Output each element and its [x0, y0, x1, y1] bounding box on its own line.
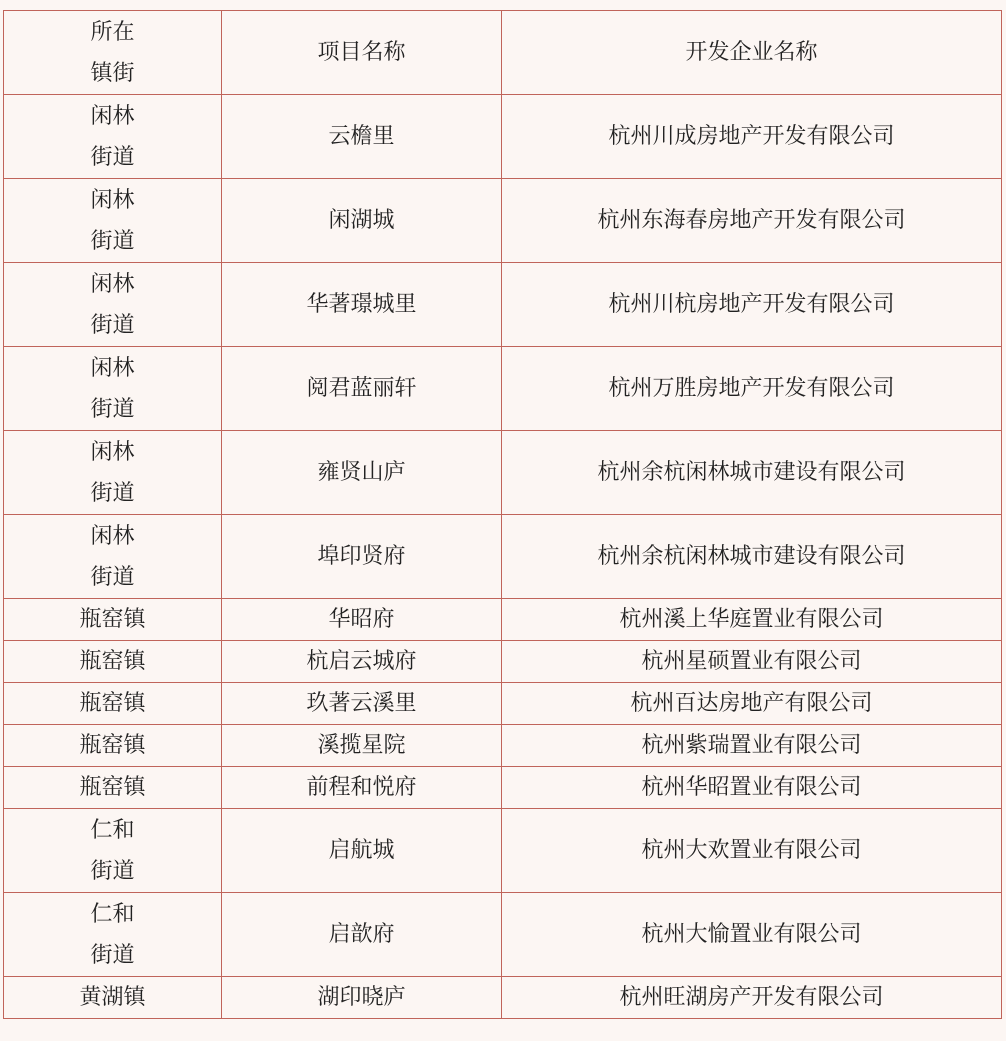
table-row: 闲林街道 雍贤山庐 杭州余杭闲林城市建设有限公司: [4, 431, 1002, 515]
project-developer-table: 所在镇街 项目名称 开发企业名称 闲林街道 云檐里 杭州川成房地产开发有限公司 …: [3, 10, 1002, 1019]
cell-project: 启航城: [222, 809, 502, 893]
cell-town-label: 闲林街道: [88, 432, 136, 514]
header-project: 项目名称: [222, 11, 502, 95]
cell-town: 仁和街道: [4, 893, 222, 977]
cell-town-label: 闲林街道: [88, 180, 136, 262]
cell-town: 仁和街道: [4, 809, 222, 893]
cell-town: 闲林街道: [4, 515, 222, 599]
cell-project: 前程和悦府: [222, 767, 502, 809]
header-town: 所在镇街: [4, 11, 222, 95]
cell-town: 黄湖镇: [4, 977, 222, 1019]
table-row: 瓶窑镇 杭启云城府 杭州星硕置业有限公司: [4, 641, 1002, 683]
cell-town-label: 闲林街道: [88, 516, 136, 598]
cell-developer: 杭州川成房地产开发有限公司: [502, 95, 1002, 179]
cell-developer: 杭州余杭闲林城市建设有限公司: [502, 431, 1002, 515]
cell-developer: 杭州余杭闲林城市建设有限公司: [502, 515, 1002, 599]
cell-developer: 杭州溪上华庭置业有限公司: [502, 599, 1002, 641]
table-row: 闲林街道 闲湖城 杭州东海春房地产开发有限公司: [4, 179, 1002, 263]
cell-developer: 杭州百达房地产有限公司: [502, 683, 1002, 725]
cell-developer: 杭州万胜房地产开发有限公司: [502, 347, 1002, 431]
cell-town-label: 闲林街道: [88, 348, 136, 430]
cell-town-label: 闲林街道: [88, 264, 136, 346]
cell-town-label: 仁和街道: [88, 810, 136, 892]
cell-developer: 杭州旺湖房产开发有限公司: [502, 977, 1002, 1019]
cell-developer: 杭州大愉置业有限公司: [502, 893, 1002, 977]
cell-town: 瓶窑镇: [4, 599, 222, 641]
header-town-label: 所在镇街: [88, 12, 136, 94]
cell-project: 杭启云城府: [222, 641, 502, 683]
cell-town-label: 仁和街道: [88, 894, 136, 976]
cell-town: 闲林街道: [4, 347, 222, 431]
cell-developer: 杭州大欢置业有限公司: [502, 809, 1002, 893]
table-row: 瓶窑镇 溪揽星院 杭州紫瑞置业有限公司: [4, 725, 1002, 767]
cell-project: 阅君蓝丽轩: [222, 347, 502, 431]
table-row: 闲林街道 华著璟城里 杭州川杭房地产开发有限公司: [4, 263, 1002, 347]
cell-project: 启歆府: [222, 893, 502, 977]
cell-developer: 杭州华昭置业有限公司: [502, 767, 1002, 809]
cell-town: 瓶窑镇: [4, 767, 222, 809]
cell-town: 瓶窑镇: [4, 725, 222, 767]
table-row: 仁和街道 启航城 杭州大欢置业有限公司: [4, 809, 1002, 893]
table-row: 闲林街道 埠印贤府 杭州余杭闲林城市建设有限公司: [4, 515, 1002, 599]
cell-project: 湖印晓庐: [222, 977, 502, 1019]
cell-town: 瓶窑镇: [4, 641, 222, 683]
table-header-row: 所在镇街 项目名称 开发企业名称: [4, 11, 1002, 95]
cell-developer: 杭州紫瑞置业有限公司: [502, 725, 1002, 767]
table-row: 瓶窑镇 华昭府 杭州溪上华庭置业有限公司: [4, 599, 1002, 641]
header-developer: 开发企业名称: [502, 11, 1002, 95]
table-row: 闲林街道 云檐里 杭州川成房地产开发有限公司: [4, 95, 1002, 179]
cell-project: 云檐里: [222, 95, 502, 179]
table-row: 仁和街道 启歆府 杭州大愉置业有限公司: [4, 893, 1002, 977]
cell-town: 瓶窑镇: [4, 683, 222, 725]
cell-town: 闲林街道: [4, 431, 222, 515]
table-row: 瓶窑镇 前程和悦府 杭州华昭置业有限公司: [4, 767, 1002, 809]
table-row: 闲林街道 阅君蓝丽轩 杭州万胜房地产开发有限公司: [4, 347, 1002, 431]
table-row: 黄湖镇 湖印晓庐 杭州旺湖房产开发有限公司: [4, 977, 1002, 1019]
cell-project: 华著璟城里: [222, 263, 502, 347]
cell-project: 闲湖城: [222, 179, 502, 263]
cell-project: 埠印贤府: [222, 515, 502, 599]
table-row: 瓶窑镇 玖著云溪里 杭州百达房地产有限公司: [4, 683, 1002, 725]
cell-town-label: 闲林街道: [88, 96, 136, 178]
cell-town: 闲林街道: [4, 95, 222, 179]
cell-project: 华昭府: [222, 599, 502, 641]
cell-town: 闲林街道: [4, 179, 222, 263]
cell-project: 玖著云溪里: [222, 683, 502, 725]
cell-developer: 杭州星硕置业有限公司: [502, 641, 1002, 683]
cell-project: 溪揽星院: [222, 725, 502, 767]
cell-town: 闲林街道: [4, 263, 222, 347]
cell-developer: 杭州东海春房地产开发有限公司: [502, 179, 1002, 263]
cell-developer: 杭州川杭房地产开发有限公司: [502, 263, 1002, 347]
cell-project: 雍贤山庐: [222, 431, 502, 515]
